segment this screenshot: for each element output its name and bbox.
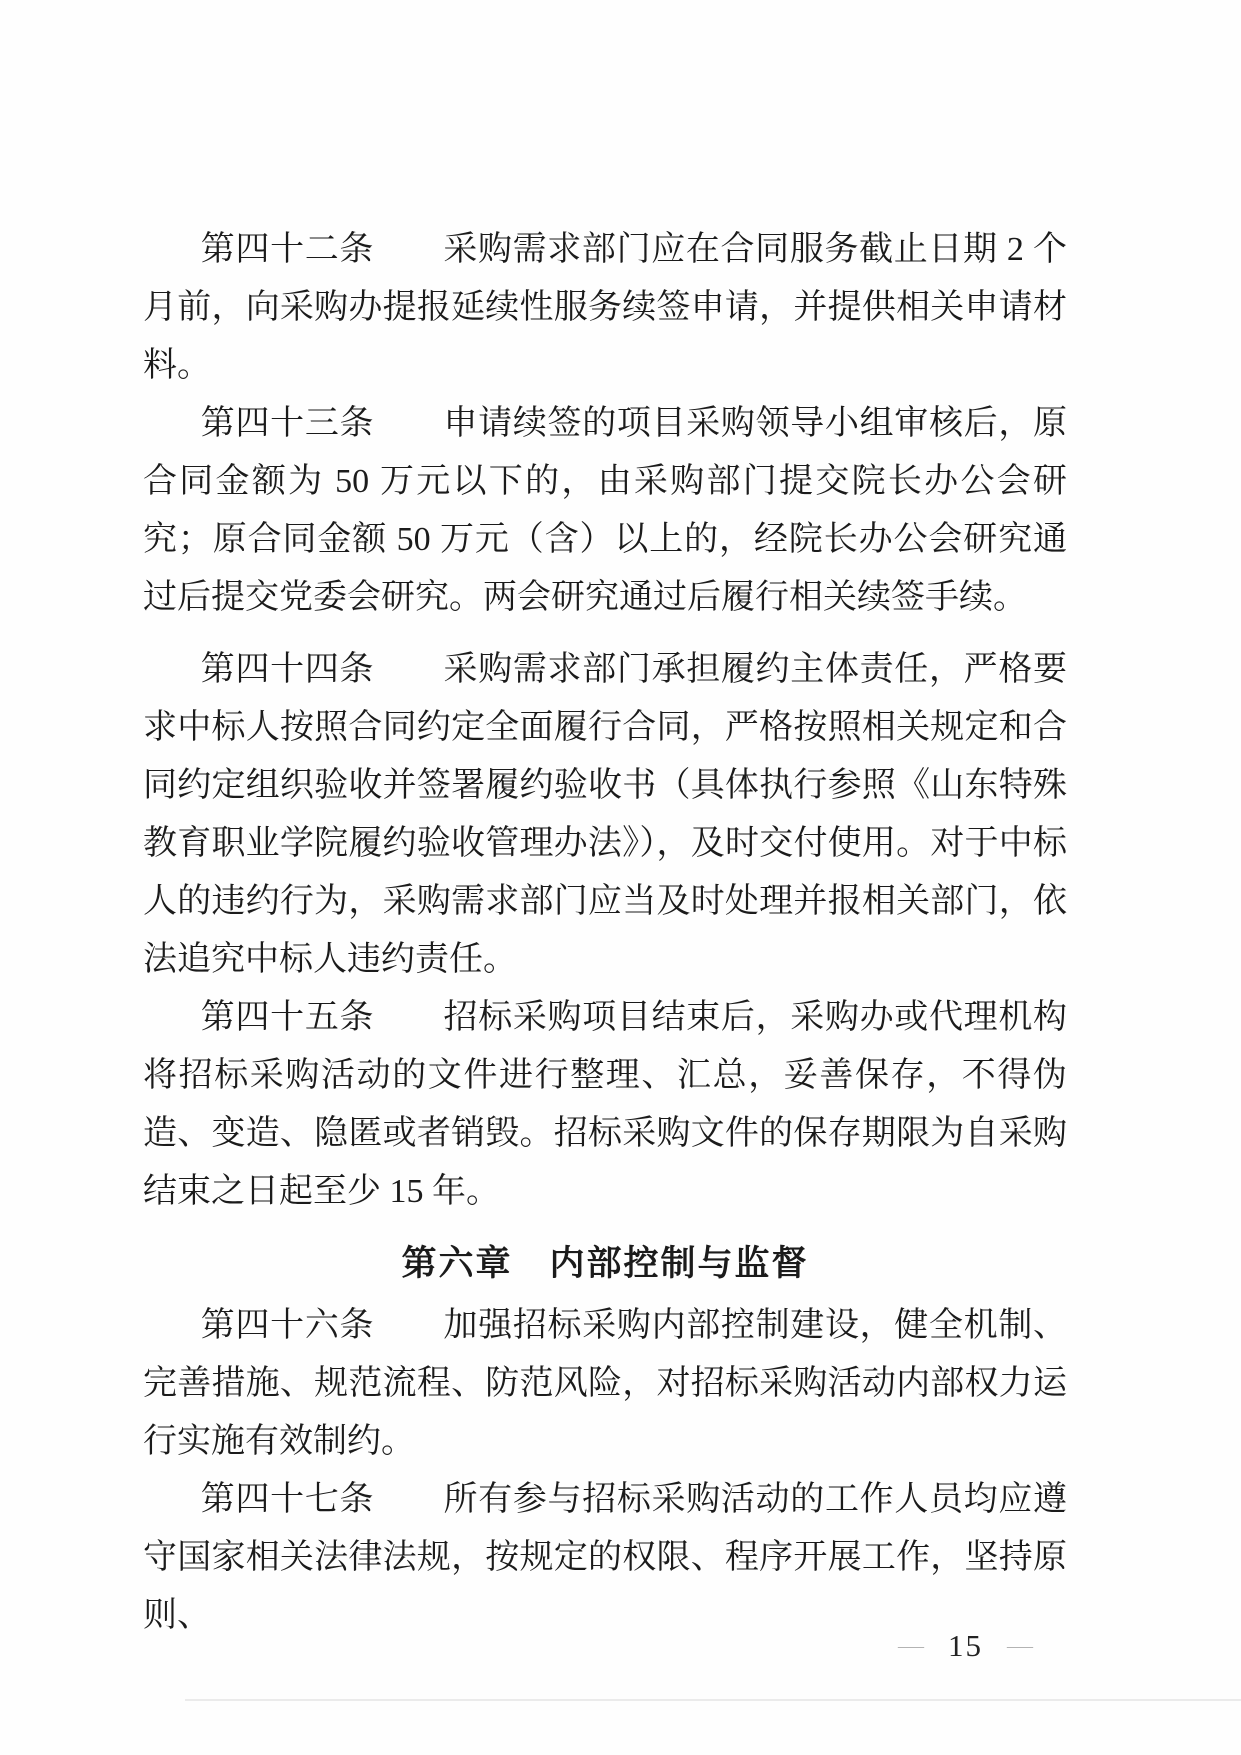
paragraph: 第四十七条 所有参与招标采购活动的工作人员均应遵守国家相关法律法规，按规定的权限… (143, 1471, 1067, 1645)
footer-dash-right: — (1007, 1635, 1033, 1658)
paragraph: 第四十二条 采购需求部门应在合同服务截止日期 2 个月前，向采购办提报延续性服务… (143, 221, 1067, 395)
scan-artifact-line (185, 1699, 1241, 1701)
chapter-heading: 第六章 内部控制与监督 (143, 1235, 1067, 1293)
paragraph: 第四十三条 申请续签的项目采购领导小组审核后，原合同金额为 50 万元以下的，由… (143, 395, 1067, 627)
page-footer: — 15 — (898, 1628, 1033, 1664)
paragraph: 第四十四条 采购需求部门承担履约主体责任，严格要求中标人按照合同约定全面履行合同… (143, 641, 1067, 989)
document-content: 第四十二条 采购需求部门应在合同服务截止日期 2 个月前，向采购办提报延续性服务… (143, 0, 1067, 1645)
page-number: 15 (948, 1628, 983, 1664)
paragraph: 第四十五条 招标采购项目结束后，采购办或代理机构将招标采购活动的文件进行整理、汇… (143, 989, 1067, 1221)
paragraph: 第四十六条 加强招标采购内部控制建设，健全机制、完善措施、规范流程、防范风险，对… (143, 1297, 1067, 1471)
document-page: 第四十二条 采购需求部门应在合同服务截止日期 2 个月前，向采购办提报延续性服务… (0, 0, 1241, 1755)
footer-dash-left: — (898, 1635, 924, 1658)
